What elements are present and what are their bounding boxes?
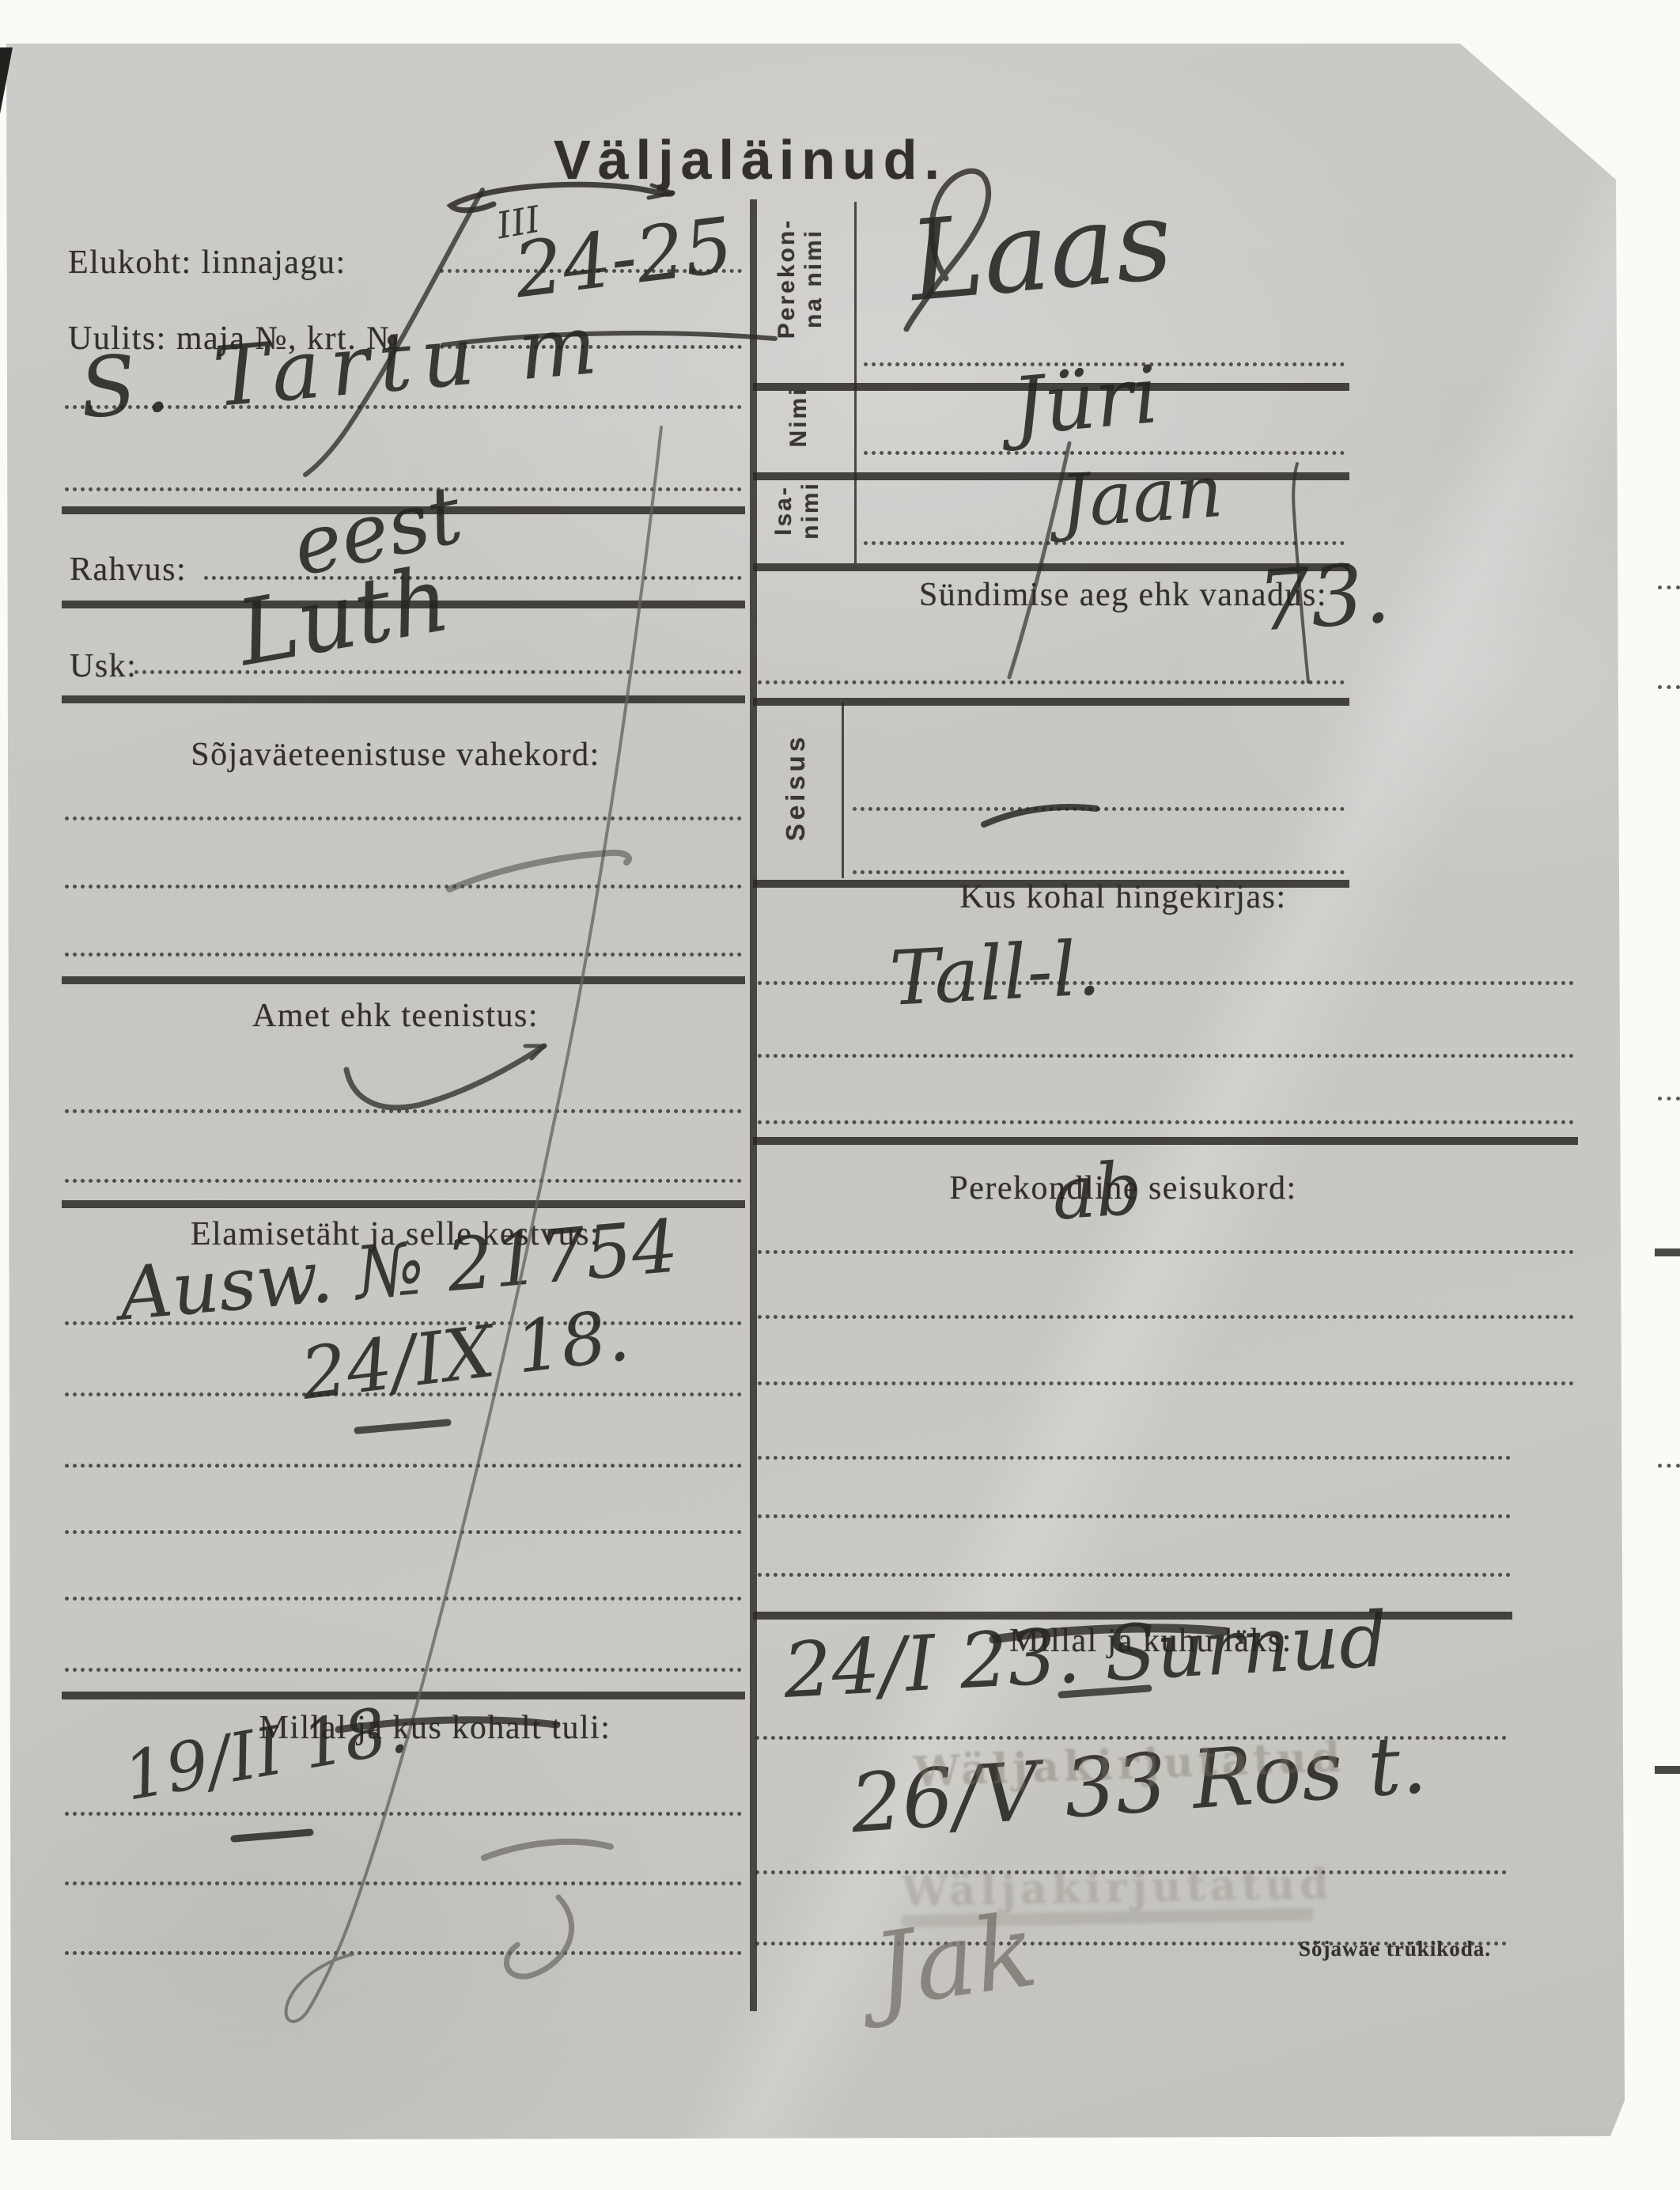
dotted-rule — [65, 1881, 742, 1885]
handwriting-marital-status: ab — [1049, 1146, 1145, 1237]
dotted-rule — [65, 1464, 742, 1468]
handwriting-first-name: Jüri — [1008, 348, 1162, 453]
dotted-rule — [758, 1381, 1574, 1385]
thick-rule — [753, 472, 1349, 480]
dotted-rule — [853, 807, 1345, 811]
dotted-rule — [864, 451, 1345, 455]
vertical-rule — [842, 703, 844, 878]
field-label-rahvus: Rahvus: — [70, 551, 187, 589]
field-label-amet: Amet ehk teenistus: — [198, 997, 593, 1035]
dotted-rule — [758, 1514, 1511, 1518]
dotted-rule — [134, 670, 742, 674]
thick-rule — [1655, 1248, 1680, 1256]
dotted-rule — [65, 1109, 742, 1113]
handwriting-surname: Laas — [905, 176, 1178, 327]
field-label-nimi: Nimi — [785, 369, 813, 464]
handwriting-father-name: Jaan — [1058, 449, 1226, 544]
field-label-seisus: Seisus — [780, 708, 812, 866]
field-label-perekonnanimi: Perekon- na nimi — [773, 207, 828, 350]
thick-rule — [62, 695, 745, 703]
dotted-rule — [65, 1530, 742, 1534]
field-label-elukoht: Elukoht: linnajagu: — [68, 244, 346, 282]
dotted-rule — [758, 1315, 1574, 1319]
field-label-seisus-text: Seisus — [782, 733, 809, 841]
dotted-rule — [65, 1668, 742, 1672]
handwriting-parish-register: Tall-l. — [887, 925, 1102, 1023]
form-title: Väljaläinud. — [554, 128, 947, 191]
dotted-rule — [1658, 585, 1680, 589]
dotted-rule — [864, 541, 1345, 545]
field-label-perekonnanimi-line1: Perekon- — [774, 218, 800, 339]
dotted-rule — [65, 885, 742, 889]
dotted-rule — [65, 1597, 742, 1601]
dotted-rule — [758, 1573, 1511, 1577]
dotted-rule — [758, 1120, 1574, 1124]
dotted-rule — [65, 817, 742, 820]
dotted-rule — [758, 680, 1345, 684]
scanned-registration-card: Väljaläinud. Elukoht: linnajagu: Uulits:… — [0, 0, 1680, 2190]
field-label-isanimi-line2: nimi — [797, 481, 824, 540]
stamp-valjakirjutatud-2: Wäljakirjutatud — [902, 1860, 1334, 1916]
dotted-rule — [758, 1250, 1574, 1254]
dotted-rule — [65, 1179, 742, 1183]
field-label-usk: Usk: — [70, 647, 137, 685]
dotted-rule — [853, 870, 1345, 874]
dotted-rule — [65, 1951, 742, 1955]
thick-rule — [62, 976, 745, 984]
dotted-rule — [758, 1054, 1574, 1058]
dotted-rule — [758, 1456, 1511, 1460]
handwriting-age: 73. — [1254, 544, 1393, 650]
field-label-nimi-text: Nimi — [785, 387, 812, 448]
field-label-isanimi: Isa- nimi — [771, 463, 823, 558]
dotted-rule — [65, 1812, 742, 1816]
thick-rule — [753, 1137, 1578, 1145]
dotted-rule — [1658, 1097, 1680, 1101]
printer-credit: Sõjawäe trükikoda. — [1299, 1937, 1491, 1961]
dotted-rule — [1658, 1464, 1680, 1468]
vertical-rule — [750, 199, 757, 2011]
dotted-rule — [65, 953, 742, 957]
thick-rule — [62, 1692, 745, 1699]
field-label-hingekirjas: Kus kohal hingekirjas: — [910, 878, 1337, 916]
vertical-rule — [854, 202, 857, 563]
dotted-rule — [758, 981, 1574, 985]
thick-rule — [1655, 1766, 1680, 1774]
dotted-rule — [1658, 685, 1680, 689]
field-label-sojavae: Sõjaväeteenistuse vahekord: — [119, 736, 672, 774]
field-label-isanimi-line1: Isa- — [770, 485, 797, 536]
field-label-perekonnanimi-line2: na nimi — [800, 229, 827, 328]
